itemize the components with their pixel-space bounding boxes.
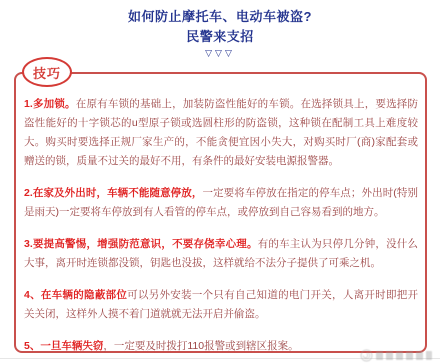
tip-5-lead: 5、一旦车辆失窃	[24, 340, 103, 352]
down-triangles-icon: ▽▽▽	[0, 48, 440, 59]
tip-3-lead: 3.要提高警惕，增强防范意识，不要存侥幸心理。	[24, 238, 258, 250]
tips-badge: 技巧	[22, 57, 72, 87]
weibo-swirl-icon	[360, 349, 373, 362]
page-title-line2: 民警来支招	[0, 28, 440, 45]
tip-1-body: 在原有车锁的基础上，加装防盗性能好的车锁。在选择锁具上，要选择防盗性能好的十字锁…	[24, 98, 418, 167]
header: 如何防止摩托车、电动车被盗? 民警来支招 ▽▽▽	[0, 0, 440, 59]
tip-item-5: 5、一旦车辆失窃，一定要及时拨打110报警或到辖区报案。	[24, 337, 418, 356]
page-title-line1: 如何防止摩托车、电动车被盗?	[0, 8, 440, 25]
tip-item-3: 3.要提高警惕，增强防范意识，不要存侥幸心理。有的车主认为只停几分钟，没什么大事…	[24, 235, 418, 273]
watermark-text-illegible	[376, 351, 432, 360]
tip-item-1: 1.多加锁。在原有车锁的基础上，加装防盗性能好的车锁。在选择锁具上，要选择防盗性…	[24, 95, 418, 171]
weibo-watermark	[360, 349, 432, 362]
tips-badge-label: 技巧	[33, 63, 61, 82]
tip-1-lead: 1.多加锁。	[24, 98, 76, 110]
tip-4-lead: 4、在车辆的隐蔽部位	[24, 289, 127, 301]
tips-box: 技巧 1.多加锁。在原有车锁的基础上，加装防盗性能好的车锁。在选择锁具上，要选择…	[14, 72, 427, 353]
tip-item-4: 4、在车辆的隐蔽部位可以另外安装一个只有自己知道的电门开关，人离开时即把开关关闭…	[24, 286, 418, 324]
tips-content: 1.多加锁。在原有车锁的基础上，加装防盗性能好的车锁。在选择锁具上，要选择防盗性…	[16, 74, 425, 356]
tip-item-2: 2.在家及外出时，车辆不能随意停放，一定要将车停放在指定的停车点；外出时(特别是…	[24, 184, 418, 222]
tip-5-body: ，一定要及时拨打110报警或到辖区报案。	[103, 340, 298, 352]
tip-2-lead: 2.在家及外出时，车辆不能随意停放，	[24, 187, 202, 199]
